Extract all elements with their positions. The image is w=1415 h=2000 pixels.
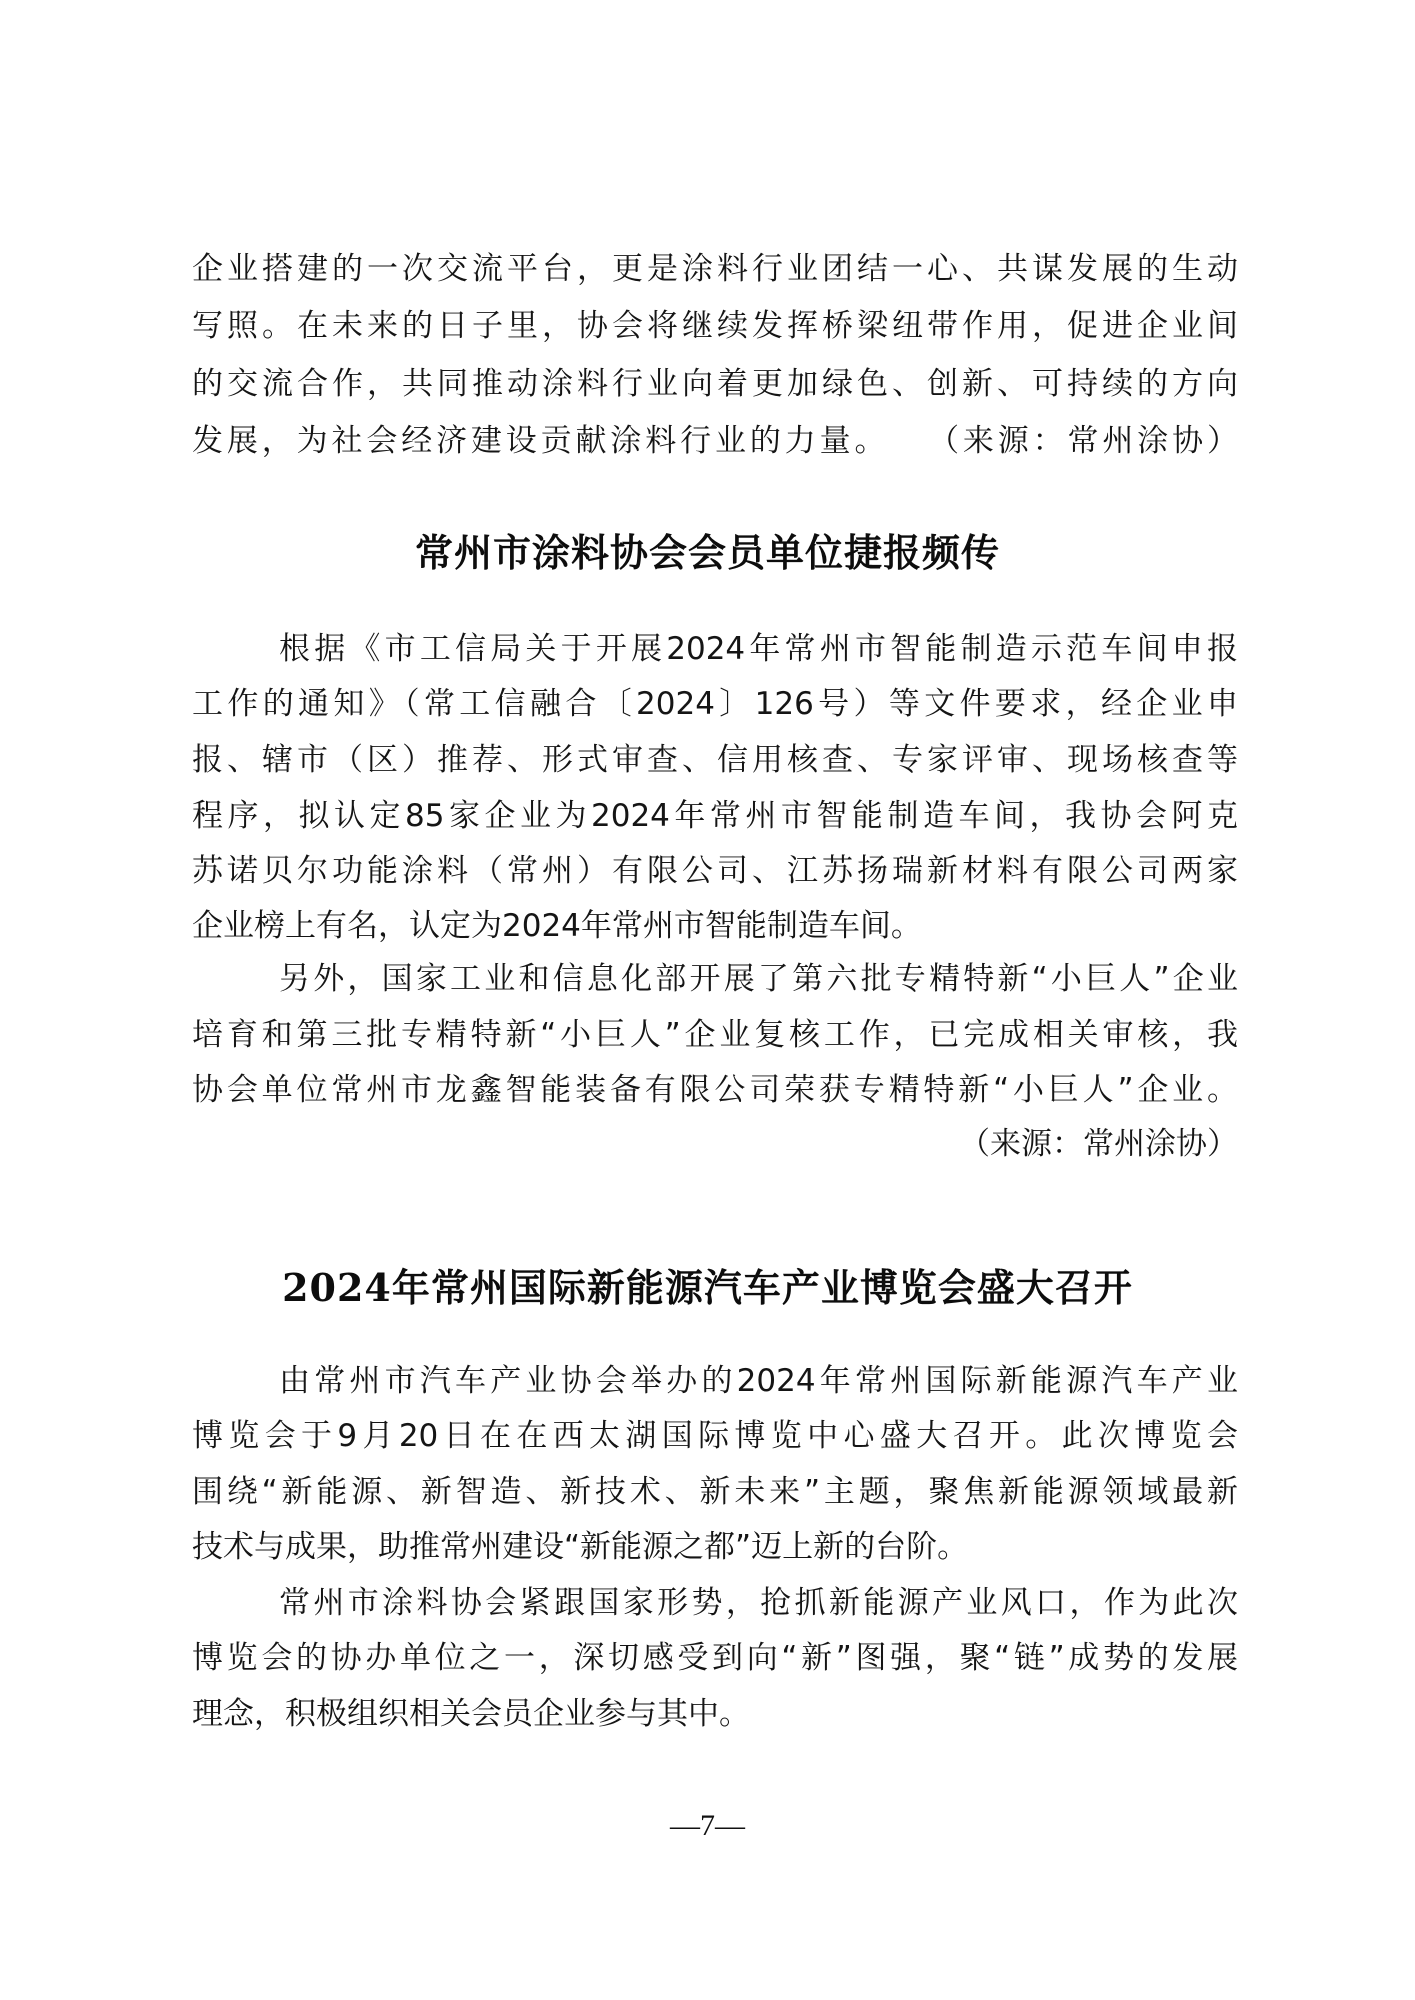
body-text-line: 写照。在未来的日子里，协会将继续发挥桥梁纽带作用，促进企业间 [192,306,1238,346]
body-text-line: 的交流合作，共同推动涂料行业向着更加绿色、创新、可持续的方向 [192,364,1238,404]
section-heading: 2024年常州国际新能源汽车产业博览会盛大召开 [0,1263,1415,1313]
page-number: —7— [0,1808,1415,1844]
source-attribution: （来源：常州涂协） [192,1124,1238,1164]
body-text-line: 技术与成果，助推常州建设“新能源之都”迈上新的台阶。 [192,1527,1238,1567]
body-text-line: 企业榜上有名，认定为2024年常州市智能制造车间。 [192,906,1238,946]
body-text-line: 报、辖市（区）推荐、形式审查、信用核查、专家评审、现场核查等 [192,740,1238,780]
body-text-line: 苏诺贝尔功能涂料（常州）有限公司、江苏扬瑞新材料有限公司两家 [192,851,1238,891]
body-text-line: 程序，拟认定85家企业为2024年常州市智能制造车间，我协会阿克 [192,796,1238,836]
body-text-line: 培育和第三批专精特新“小巨人”企业复核工作，已完成相关审核，我 [192,1015,1238,1055]
body-text-line: 理念，积极组织相关会员企业参与其中。 [192,1694,1238,1734]
body-text-line: 常州市涂料协会紧跟国家形势，抢抓新能源产业风口，作为此次 [279,1583,1238,1623]
body-text-line: 协会单位常州市龙鑫智能装备有限公司荣获专精特新“小巨人”企业。 [192,1070,1238,1110]
body-text-line: 企业搭建的一次交流平台，更是涂料行业团结一心、共谋发展的生动 [192,249,1238,289]
body-text-line: 博览会于9月20日在在西太湖国际博览中心盛大召开。此次博览会 [192,1416,1238,1456]
body-text-line: 博览会的协办单位之一，深切感受到向“新”图强，聚“链”成势的发展 [192,1638,1238,1678]
body-text-line: 另外，国家工业和信息化部开展了第六批专精特新“小巨人”企业 [279,959,1238,999]
body-text-line: 围绕“新能源、新智造、新技术、新未来”主题，聚焦新能源领域最新 [192,1472,1238,1512]
section-heading: 常州市涂料协会会员单位捷报频传 [0,528,1415,578]
body-text-line: 工作的通知》（常工信融合〔2024〕126号）等文件要求，经企业申 [192,684,1238,724]
document-page: 企业搭建的一次交流平台，更是涂料行业团结一心、共谋发展的生动 写照。在未来的日子… [0,0,1415,2000]
body-text-line: 发展，为社会经济建设贡献涂料行业的力量。 （来源：常州涂协） [192,421,1238,461]
body-text-line: 根据《市工信局关于开展2024年常州市智能制造示范车间申报 [279,629,1238,669]
body-text-line: 由常州市汽车产业协会举办的2024年常州国际新能源汽车产业 [279,1361,1238,1401]
